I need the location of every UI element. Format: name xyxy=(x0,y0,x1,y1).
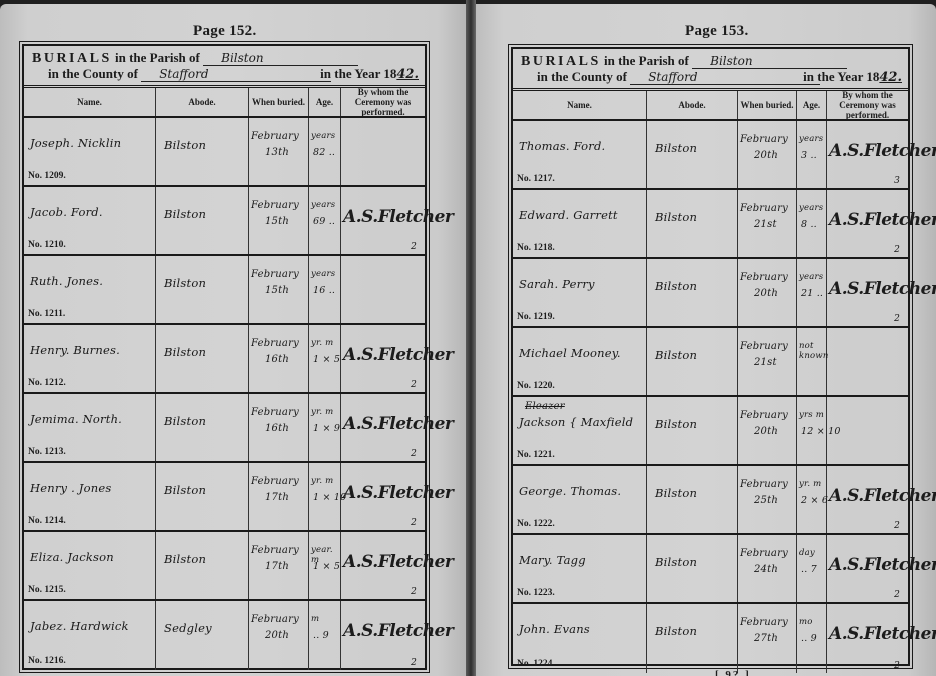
entry-officiant-cell xyxy=(827,328,908,395)
column-header-when-buried: When buried. xyxy=(249,88,309,116)
entry-officiant-cell: A.S.Fletcher2 xyxy=(341,394,425,461)
entry-abode-cell: Bilston xyxy=(156,187,249,254)
page-number: Page 152. xyxy=(193,23,257,40)
parish-label: in the Parish of xyxy=(115,50,200,65)
officiant-signature: A.S.Fletcher xyxy=(343,414,453,434)
entry-age-cell: years8 .. xyxy=(797,190,827,257)
entry-abode: Bilston xyxy=(164,552,206,566)
entry-burial-day: 24th xyxy=(754,564,778,575)
column-header-officiant: By whom the Ceremony was performed. xyxy=(341,88,425,116)
entry-age-unit: years xyxy=(799,203,823,213)
entry-name: Jackson { Maxfield xyxy=(519,415,633,429)
entry-age-cell: years3 .. xyxy=(797,121,827,188)
entry-name: Mary. Tagg xyxy=(519,553,586,567)
entry-tally-mark: 2 xyxy=(411,518,417,528)
entry-age: 69 .. xyxy=(313,216,335,227)
entry-burial-day: 16th xyxy=(265,423,289,434)
entry-age: .. 9 xyxy=(313,630,329,641)
entry-officiant-cell: A.S.Fletcher2 xyxy=(341,532,425,599)
entry-tally-mark: 2 xyxy=(894,314,900,324)
entry-age-unit: yr. m xyxy=(311,476,333,486)
page-number: Page 153. xyxy=(685,23,749,40)
entry-burial-month: February xyxy=(740,479,788,490)
entry-age-unit: years xyxy=(311,200,335,210)
entry-abode-cell: Bilston xyxy=(156,325,249,392)
entry-name: Jemima. North. xyxy=(30,412,122,426)
entry-name-cell: Joseph. NicklinNo. 1209. xyxy=(24,118,156,185)
entry-age-cell: yr. m1 × 5 xyxy=(309,325,341,392)
burials-label: BURIALS xyxy=(521,54,601,69)
entry-number: No. 1213. xyxy=(28,447,66,457)
entry-abode-cell: Bilston xyxy=(156,256,249,323)
entry-officiant-cell xyxy=(827,397,908,464)
entry-age: 1 × 9 xyxy=(313,423,340,434)
entry-officiant-cell: A.S.Fletcher2 xyxy=(341,601,425,670)
register-entry-row: Mary. TaggNo. 1223.BilstonFebruary24thda… xyxy=(513,535,908,604)
entry-age-unit: yr. m xyxy=(799,479,821,489)
entry-abode-cell: Bilston xyxy=(156,532,249,599)
entry-burial-day: 17th xyxy=(265,492,289,503)
entry-abode: Bilston xyxy=(164,207,206,221)
entry-number: No. 1215. xyxy=(28,585,66,595)
entry-name: Eliza. Jackson xyxy=(30,550,114,564)
entry-age: 1 × 5 xyxy=(313,354,340,365)
entry-when-buried-cell: February15th xyxy=(249,187,309,254)
entry-age: 2 × 6 xyxy=(801,495,828,506)
entry-abode: Bilston xyxy=(655,141,697,155)
entry-burial-month: February xyxy=(740,203,788,214)
entry-number: No. 1221. xyxy=(517,450,555,460)
entry-tally-mark: 2 xyxy=(894,521,900,531)
entry-name: George. Thomas. xyxy=(519,484,621,498)
register-entry-row: Ruth. Jones.No. 1211.BilstonFebruary15th… xyxy=(24,256,425,325)
register-entry-row: John. EvansNo. 1224.BilstonFebruary27thm… xyxy=(513,604,908,673)
column-header-age: Age. xyxy=(797,91,827,119)
entry-name-cell: Mary. TaggNo. 1223. xyxy=(513,535,647,602)
entry-abode: Bilston xyxy=(655,486,697,500)
parish-value: Bilston xyxy=(692,54,847,69)
register-entry-row: Eliza. JacksonNo. 1215.BilstonFebruary17… xyxy=(24,532,425,601)
officiant-signature: A.S.Fletcher xyxy=(829,210,936,230)
county-label: in the County of xyxy=(537,69,627,84)
column-header-abode: Abode. xyxy=(156,88,249,116)
entry-name-cell: Jacob. Ford.No. 1210. xyxy=(24,187,156,254)
entry-name: John. Evans xyxy=(519,622,590,636)
entry-burial-day: 16th xyxy=(265,354,289,365)
entry-tally-mark: 2 xyxy=(411,449,417,459)
officiant-signature: A.S.Fletcher xyxy=(343,483,453,503)
struck-name-note: Eleazer xyxy=(525,401,565,412)
entry-age-cell: yr. m1 × 10 xyxy=(309,463,341,530)
entry-burial-month: February xyxy=(251,407,299,418)
register-entry-row: Henry. Burnes.No. 1212.BilstonFebruary16… xyxy=(24,325,425,394)
entry-burial-month: February xyxy=(740,410,788,421)
entry-abode: Bilston xyxy=(655,279,697,293)
entry-officiant-cell: A.S.Fletcher2 xyxy=(827,190,908,257)
entry-name: Michael Mooney. xyxy=(519,346,621,360)
register-heading: BURIALS in the Parish of Bilston in the … xyxy=(513,49,908,91)
register-entry-row: Jabez. HardwickNo. 1216.SedgleyFebruary2… xyxy=(24,601,425,670)
officiant-signature: A.S.Fletcher xyxy=(829,279,936,299)
entry-when-buried-cell: February20th xyxy=(738,259,797,326)
year-field: in the Year 1842. xyxy=(803,69,902,85)
register-entry-row: Jemima. North.No. 1213.BilstonFebruary16… xyxy=(24,394,425,463)
entry-name: Jacob. Ford. xyxy=(30,205,103,219)
entry-abode: Bilston xyxy=(164,345,206,359)
entry-burial-day: 17th xyxy=(265,561,289,572)
year-value: 42. xyxy=(879,70,902,85)
entry-number: No. 1218. xyxy=(517,243,555,253)
entry-when-buried-cell: February20th xyxy=(738,121,797,188)
entry-age-unit: years xyxy=(311,131,335,141)
column-headers: Name. Abode. When buried. Age. By whom t… xyxy=(24,88,425,118)
entry-tally-mark: 2 xyxy=(411,587,417,597)
entry-abode-cell: Bilston xyxy=(647,121,738,188)
entry-age: 21 .. xyxy=(801,288,823,299)
register-entry-row: Michael Mooney.No. 1220.BilstonFebruary2… xyxy=(513,328,908,397)
officiant-signature: A.S.Fletcher xyxy=(829,141,936,161)
register-entry-row: Henry . JonesNo. 1214.BilstonFebruary17t… xyxy=(24,463,425,532)
book-gutter xyxy=(466,0,476,676)
entry-name-cell: Michael Mooney.No. 1220. xyxy=(513,328,647,395)
entry-officiant-cell: A.S.Fletcher2 xyxy=(341,187,425,254)
officiant-signature: A.S.Fletcher xyxy=(343,207,453,227)
entry-name: Edward. Garrett xyxy=(519,208,618,222)
entry-number: No. 1222. xyxy=(517,519,555,529)
entry-age: 82 .. xyxy=(313,147,335,158)
entry-abode: Bilston xyxy=(655,348,697,362)
entry-burial-month: February xyxy=(251,338,299,349)
footer-folio-mark: [ 9? ] xyxy=(715,669,751,676)
entry-age-unit: mo xyxy=(799,617,813,627)
entry-burial-day: 13th xyxy=(265,147,289,158)
entry-when-buried-cell: February24th xyxy=(738,535,797,602)
entry-when-buried-cell: February17th xyxy=(249,463,309,530)
entry-abode: Bilston xyxy=(164,483,206,497)
county-value: Stafford xyxy=(630,70,820,85)
entry-when-buried-cell: February13th xyxy=(249,118,309,185)
entry-tally-mark: 2 xyxy=(894,245,900,255)
entry-name-cell: Henry . JonesNo. 1214. xyxy=(24,463,156,530)
entry-abode-cell: Bilston xyxy=(156,463,249,530)
column-header-abode: Abode. xyxy=(647,91,738,119)
entry-abode: Bilston xyxy=(164,276,206,290)
entry-abode: Sedgley xyxy=(164,621,212,635)
entry-number: No. 1214. xyxy=(28,516,66,526)
entry-number: No. 1210. xyxy=(28,240,66,250)
entry-abode-cell: Bilston xyxy=(647,190,738,257)
officiant-signature: A.S.Fletcher xyxy=(343,621,453,641)
column-header-age: Age. xyxy=(309,88,341,116)
entry-age-cell: yr. m2 × 6 xyxy=(797,466,827,533)
entry-burial-month: February xyxy=(251,200,299,211)
entry-age: 16 .. xyxy=(313,285,335,296)
entry-abode: Bilston xyxy=(164,414,206,428)
entry-burial-month: February xyxy=(251,545,299,556)
officiant-signature: A.S.Fletcher xyxy=(343,345,453,365)
entry-tally-mark: 3 xyxy=(894,176,900,186)
entry-officiant-cell: A.S.Fletcher2 xyxy=(827,259,908,326)
left-page: Page 152. BURIALS in the Parish of Bilst… xyxy=(0,4,466,676)
column-header-name: Name. xyxy=(513,91,647,119)
entry-abode: Bilston xyxy=(164,138,206,152)
parish-label: in the Parish of xyxy=(604,53,689,68)
entry-age-unit: years xyxy=(799,134,823,144)
entry-age-cell: not known xyxy=(797,328,827,395)
entry-burial-month: February xyxy=(251,269,299,280)
entry-age-cell: yrs m12 × 10 xyxy=(797,397,827,464)
entry-age-cell: years16 .. xyxy=(309,256,341,323)
entries-list: Joseph. NicklinNo. 1209.BilstonFebruary1… xyxy=(24,118,425,670)
entry-age-unit: yr. m xyxy=(311,338,333,348)
entry-burial-month: February xyxy=(740,134,788,145)
entry-name-cell: Jemima. North.No. 1213. xyxy=(24,394,156,461)
register-entry-row: EleazerJackson { MaxfieldNo. 1221.Bilsto… xyxy=(513,397,908,466)
entry-abode: Bilston xyxy=(655,555,697,569)
entry-age: 1 × 5 xyxy=(313,561,340,572)
entry-age-cell: mo.. 9 xyxy=(797,604,827,673)
entry-when-buried-cell: February21st xyxy=(738,328,797,395)
year-value: 42. xyxy=(396,67,419,82)
entry-age-unit: day xyxy=(799,548,815,558)
entry-name-cell: Thomas. Ford.No. 1217. xyxy=(513,121,647,188)
entry-age: .. 9 xyxy=(801,633,817,644)
burial-register-table: BURIALS in the Parish of Bilston in the … xyxy=(22,44,427,670)
entry-abode-cell: Bilston xyxy=(647,604,738,673)
entry-abode-cell: Bilston xyxy=(647,259,738,326)
entry-number: No. 1223. xyxy=(517,588,555,598)
entry-burial-month: February xyxy=(740,548,788,559)
entry-abode-cell: Sedgley xyxy=(156,601,249,670)
entry-officiant-cell: A.S.Fletcher2 xyxy=(827,466,908,533)
entry-abode-cell: Bilston xyxy=(156,118,249,185)
entry-number: No. 1211. xyxy=(28,309,65,319)
entry-tally-mark: 2 xyxy=(411,658,417,668)
entry-burial-day: 21st xyxy=(754,357,777,368)
open-register-book: Page 152. BURIALS in the Parish of Bilst… xyxy=(0,0,936,676)
entry-when-buried-cell: February16th xyxy=(249,394,309,461)
entry-burial-month: February xyxy=(740,617,788,628)
entry-name-cell: Jabez. HardwickNo. 1216. xyxy=(24,601,156,670)
entry-burial-month: February xyxy=(740,272,788,283)
entry-age-unit: years xyxy=(311,269,335,279)
entry-name: Henry. Burnes. xyxy=(30,343,120,357)
year-label: in the Year 18 xyxy=(803,69,879,84)
column-header-when-buried: When buried. xyxy=(738,91,797,119)
county-value: Stafford xyxy=(141,67,331,82)
entry-abode: Bilston xyxy=(655,210,697,224)
entry-name-cell: John. EvansNo. 1224. xyxy=(513,604,647,673)
column-headers: Name. Abode. When buried. Age. By whom t… xyxy=(513,91,908,121)
entry-name: Joseph. Nicklin xyxy=(30,136,121,150)
entry-when-buried-cell: February27th xyxy=(738,604,797,673)
register-entry-row: Jacob. Ford.No. 1210.BilstonFebruary15th… xyxy=(24,187,425,256)
entry-number: No. 1219. xyxy=(517,312,555,322)
parish-value: Bilston xyxy=(203,51,358,66)
entry-burial-day: 25th xyxy=(754,495,778,506)
entry-when-buried-cell: February16th xyxy=(249,325,309,392)
entry-abode-cell: Bilston xyxy=(647,466,738,533)
entry-when-buried-cell: February20th xyxy=(249,601,309,670)
column-header-name: Name. xyxy=(24,88,156,116)
entry-age-cell: years69 .. xyxy=(309,187,341,254)
entry-name: Sarah. Perry xyxy=(519,277,595,291)
entry-number: No. 1212. xyxy=(28,378,66,388)
entry-officiant-cell: A.S.Fletcher2 xyxy=(827,604,908,673)
entry-burial-month: February xyxy=(251,614,299,625)
entry-burial-month: February xyxy=(251,131,299,142)
entry-tally-mark: 2 xyxy=(411,242,417,252)
officiant-signature: A.S.Fletcher xyxy=(829,486,936,506)
entry-age-unit: years xyxy=(799,272,823,282)
entry-number: No. 1220. xyxy=(517,381,555,391)
register-entry-row: Sarah. PerryNo. 1219.BilstonFebruary20th… xyxy=(513,259,908,328)
entry-age-cell: years82 .. xyxy=(309,118,341,185)
entry-abode-cell: Bilston xyxy=(156,394,249,461)
entry-name: Jabez. Hardwick xyxy=(30,619,129,633)
officiant-signature: A.S.Fletcher xyxy=(829,555,936,575)
entry-age: 8 .. xyxy=(801,219,817,230)
entry-officiant-cell: A.S.Fletcher2 xyxy=(341,463,425,530)
officiant-signature: A.S.Fletcher xyxy=(343,552,453,572)
year-field: in the Year 1842. xyxy=(320,66,419,82)
entry-number: No. 1209. xyxy=(28,171,66,181)
entry-age-cell: m.. 9 xyxy=(309,601,341,670)
register-entry-row: Joseph. NicklinNo. 1209.BilstonFebruary1… xyxy=(24,118,425,187)
entry-number: No. 1217. xyxy=(517,174,555,184)
entries-list: Thomas. Ford.No. 1217.BilstonFebruary20t… xyxy=(513,121,908,673)
entry-name: Thomas. Ford. xyxy=(519,139,605,153)
column-header-officiant: By whom the Ceremony was performed. xyxy=(827,91,908,119)
entry-name-cell: EleazerJackson { MaxfieldNo. 1221. xyxy=(513,397,647,464)
entry-burial-day: 20th xyxy=(754,150,778,161)
entry-age-unit: not known xyxy=(799,341,829,361)
entry-when-buried-cell: February21st xyxy=(738,190,797,257)
entry-burial-day: 20th xyxy=(265,630,289,641)
entry-name-cell: Edward. GarrettNo. 1218. xyxy=(513,190,647,257)
county-label: in the County of xyxy=(48,66,138,81)
year-label: in the Year 18 xyxy=(320,66,396,81)
entry-officiant-cell xyxy=(341,256,425,323)
entry-tally-mark: 2 xyxy=(894,661,900,671)
register-entry-row: George. Thomas.No. 1222.BilstonFebruary2… xyxy=(513,466,908,535)
burials-label: BURIALS xyxy=(32,51,112,66)
entry-name: Ruth. Jones. xyxy=(30,274,103,288)
entry-burial-month: February xyxy=(740,341,788,352)
entry-age-unit: yr. m xyxy=(311,407,333,417)
entry-age-unit: m xyxy=(311,614,319,624)
entry-name-cell: Henry. Burnes.No. 1212. xyxy=(24,325,156,392)
entry-burial-day: 21st xyxy=(754,219,777,230)
entry-officiant-cell: A.S.Fletcher3 xyxy=(827,121,908,188)
entry-tally-mark: 2 xyxy=(894,590,900,600)
entry-officiant-cell: A.S.Fletcher2 xyxy=(827,535,908,602)
entry-abode: Bilston xyxy=(655,624,697,638)
entry-abode-cell: Bilston xyxy=(647,328,738,395)
register-entry-row: Edward. GarrettNo. 1218.BilstonFebruary2… xyxy=(513,190,908,259)
right-page: Page 153. BURIALS in the Parish of Bilst… xyxy=(476,4,936,676)
officiant-signature: A.S.Fletcher xyxy=(829,624,936,644)
entry-burial-month: February xyxy=(251,476,299,487)
entry-when-buried-cell: February15th xyxy=(249,256,309,323)
entry-tally-mark: 2 xyxy=(411,380,417,390)
burial-register-table: BURIALS in the Parish of Bilston in the … xyxy=(511,47,910,666)
entry-name-cell: George. Thomas.No. 1222. xyxy=(513,466,647,533)
entry-name: Henry . Jones xyxy=(30,481,111,495)
entry-officiant-cell: A.S.Fletcher2 xyxy=(341,325,425,392)
entry-abode-cell: Bilston xyxy=(647,397,738,464)
entry-when-buried-cell: February17th xyxy=(249,532,309,599)
entry-age-cell: year. m1 × 5 xyxy=(309,532,341,599)
entry-when-buried-cell: February25th xyxy=(738,466,797,533)
entry-burial-day: 20th xyxy=(754,426,778,437)
entry-abode: Bilston xyxy=(655,417,697,431)
entry-name-cell: Sarah. PerryNo. 1219. xyxy=(513,259,647,326)
entry-number: No. 1216. xyxy=(28,656,66,666)
entry-age: 3 .. xyxy=(801,150,817,161)
entry-number: No. 1224. xyxy=(517,659,555,669)
entry-age: .. 7 xyxy=(801,564,817,575)
entry-officiant-cell xyxy=(341,118,425,185)
entry-burial-day: 27th xyxy=(754,633,778,644)
entry-burial-day: 15th xyxy=(265,216,289,227)
entry-abode-cell: Bilston xyxy=(647,535,738,602)
entry-age-cell: day.. 7 xyxy=(797,535,827,602)
entry-burial-day: 20th xyxy=(754,288,778,299)
entry-age-unit: yrs m xyxy=(799,410,824,420)
entry-name-cell: Eliza. JacksonNo. 1215. xyxy=(24,532,156,599)
register-heading: BURIALS in the Parish of Bilston in the … xyxy=(24,46,425,88)
register-entry-row: Thomas. Ford.No. 1217.BilstonFebruary20t… xyxy=(513,121,908,190)
entry-burial-day: 15th xyxy=(265,285,289,296)
entry-when-buried-cell: February20th xyxy=(738,397,797,464)
entry-name-cell: Ruth. Jones.No. 1211. xyxy=(24,256,156,323)
entry-age-cell: yr. m1 × 9 xyxy=(309,394,341,461)
entry-age-cell: years21 .. xyxy=(797,259,827,326)
